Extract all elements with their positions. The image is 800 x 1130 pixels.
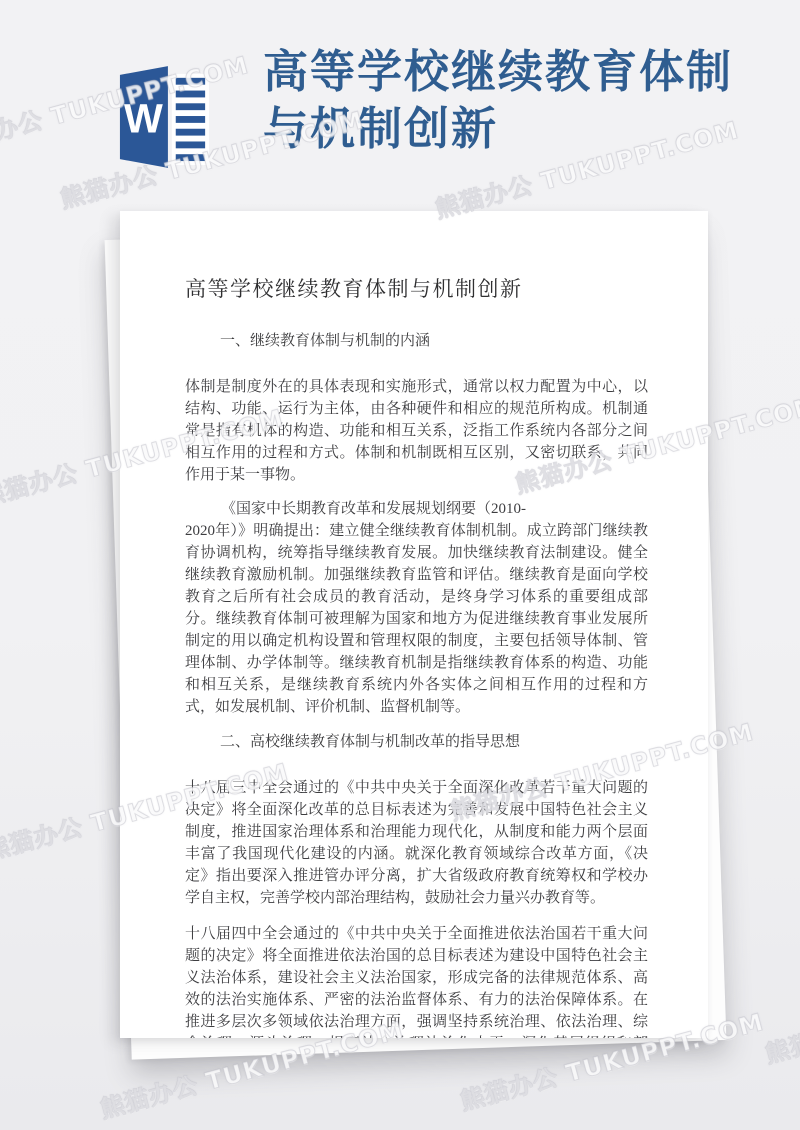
word-icon-letter: W	[124, 96, 163, 142]
watermark: 熊猫办公 TUKUPPT.COM	[761, 955, 800, 1070]
page-title-line-1: 高等学校继续教育体制	[263, 47, 733, 97]
section-heading: 二、高校继续教育体制与机制改革的指导思想	[185, 730, 648, 751]
word-icon-graphic: W	[117, 62, 211, 172]
paragraph: 《国家中长期教育改革和发展规划纲要（2010- 2020年）》明确提出：建立健全…	[185, 498, 648, 718]
document-title: 高等学校继续教育体制与机制创新	[185, 273, 648, 303]
word-file-icon: W	[117, 62, 211, 172]
page-title: 高等学校继续教育体制与机制创新	[263, 44, 763, 158]
paragraph: 十八届四中全会通过的《中共中央关于全面推进依法治国若干重大问题的决定》将全面推进…	[185, 923, 648, 1038]
paragraph: 体制是制度外在的具体表现和实施形式，通常以权力配置为中心，以结构、功能、运行为主…	[185, 376, 648, 486]
document-page: 高等学校继续教育体制与机制创新一、继续教育体制与机制的内涵体制是制度外在的具体表…	[120, 211, 708, 1038]
paragraph: 十八届三中全会通过的《中共中央关于全面深化改革若干重大问题的决定》将全面深化改革…	[185, 777, 648, 909]
document-preview-page: W 高等学校继续教育体制与机制创新 高等学校继续教育体制与机制创新一、继续教育体…	[0, 0, 800, 1130]
header: W 高等学校继续教育体制与机制创新	[0, 0, 800, 211]
document-page-content: 高等学校继续教育体制与机制创新一、继续教育体制与机制的内涵体制是制度外在的具体表…	[185, 273, 648, 1038]
page-title-line-2: 与机制创新	[263, 104, 498, 154]
section-heading: 一、继续教育体制与机制的内涵	[185, 329, 648, 350]
